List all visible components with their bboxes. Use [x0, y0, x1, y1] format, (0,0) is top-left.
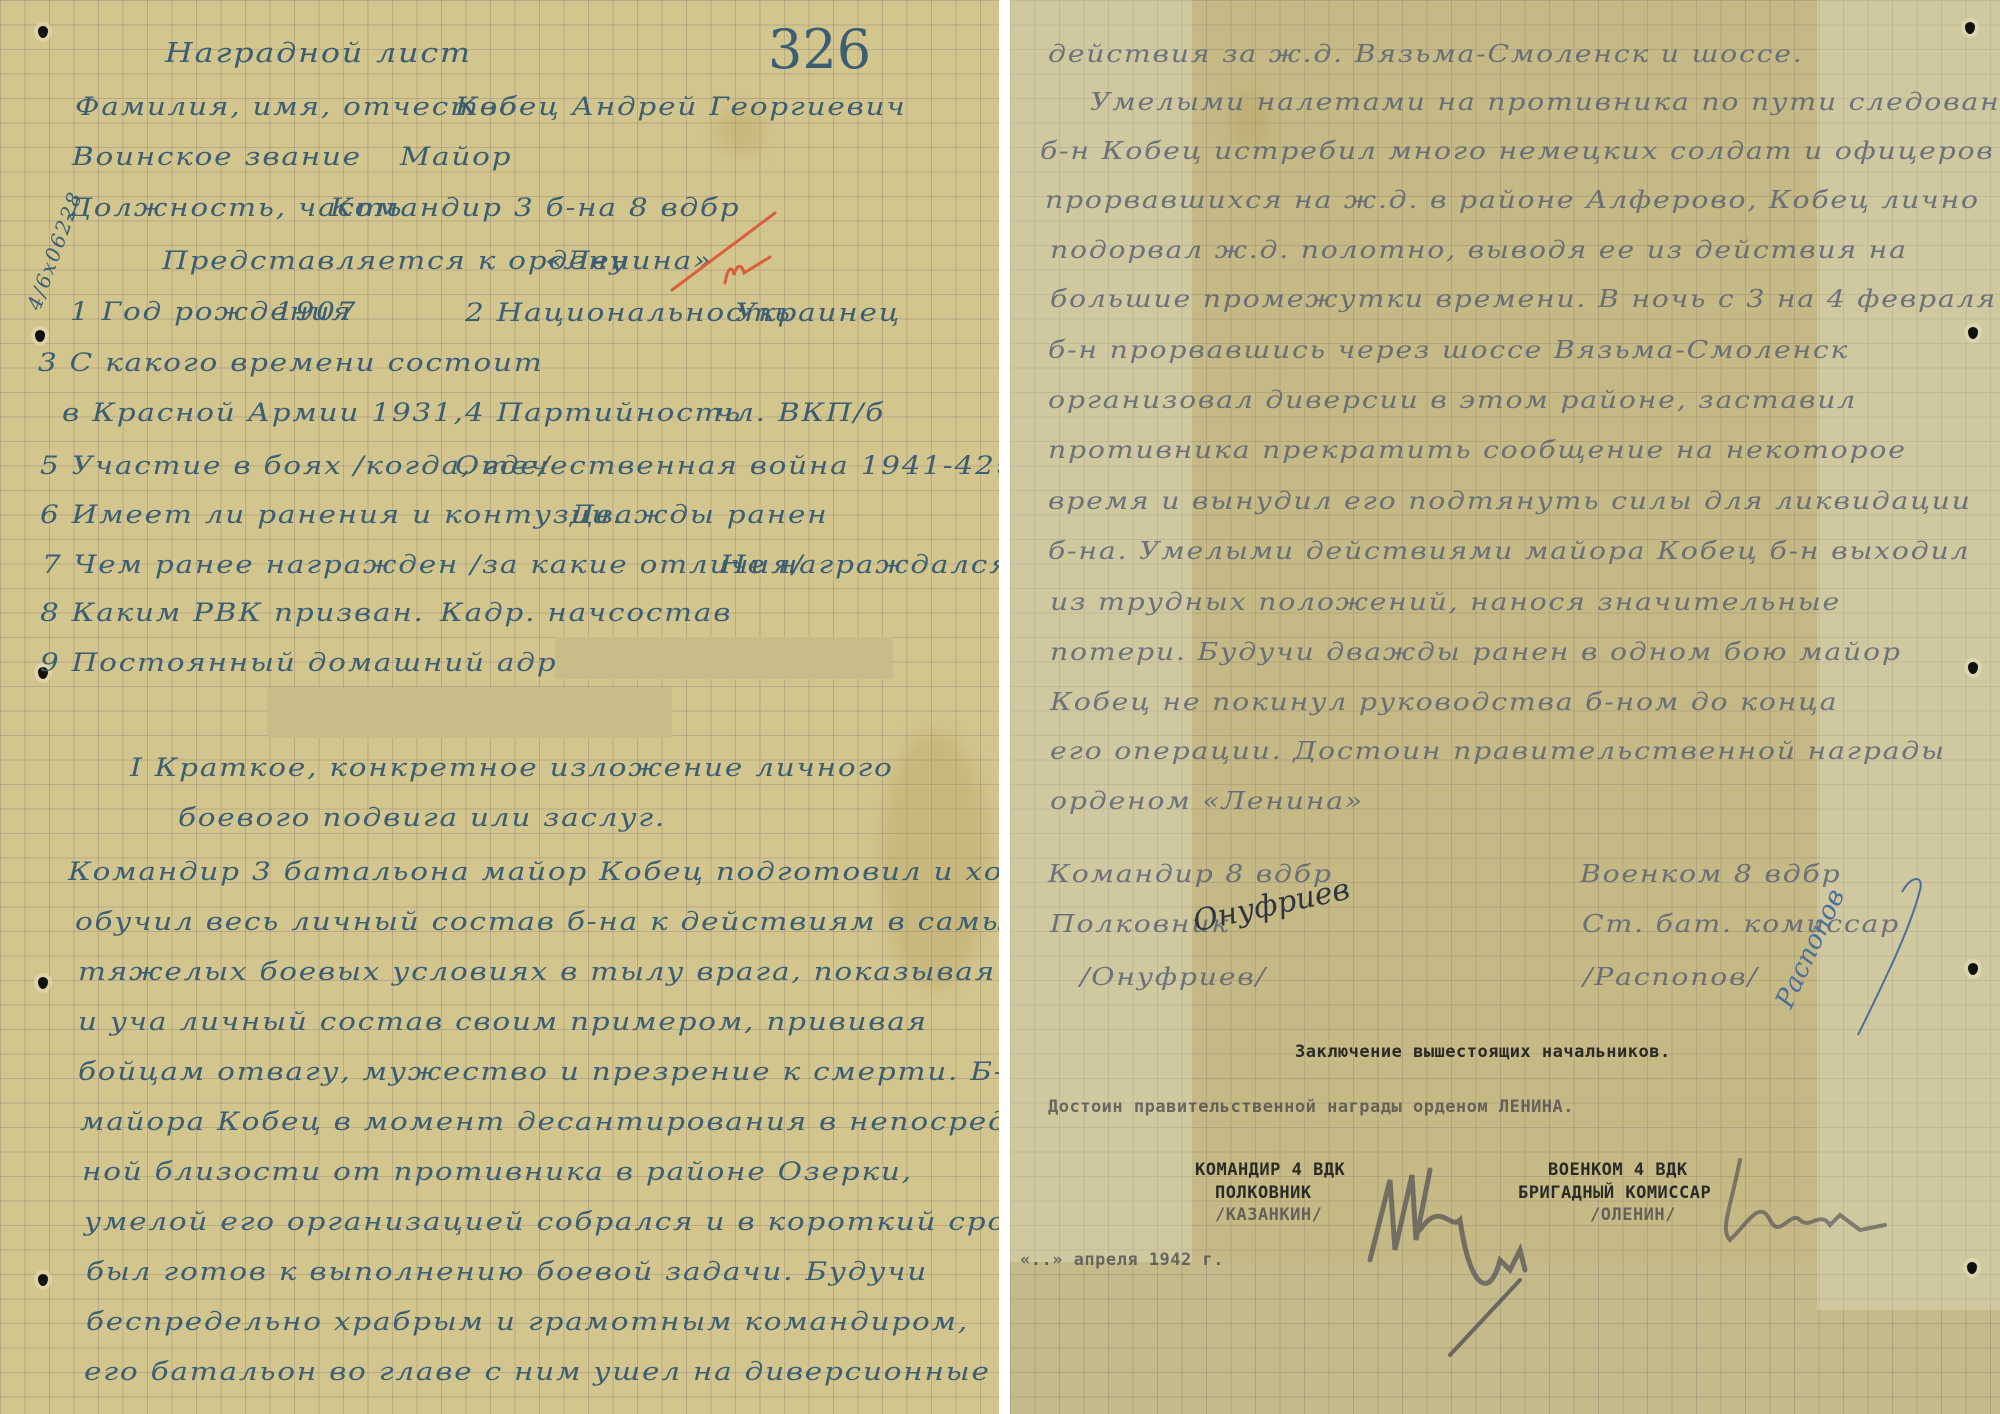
name-value: Кобец Андрей Георгиевич — [455, 92, 906, 121]
body-line: Кобец не покинул руководства б-ном до ко… — [1050, 688, 1838, 716]
signature-flourish-icon — [1850, 870, 1930, 1040]
service-since-label: 3 С какого времени состоит — [38, 348, 544, 377]
party-value: чл. ВКП/б — [715, 398, 885, 427]
body-line: противника прекратить сообщение на некот… — [1048, 436, 1907, 464]
body-line: орденом «Ленина» — [1050, 787, 1364, 815]
redacted-address-box — [267, 687, 672, 738]
wounds-value: Дважды ранен — [570, 500, 828, 529]
section-heading-line-1: I Краткое, конкретное изложение личного — [130, 753, 894, 782]
body-line: действия за ж.д. Вязьма-Смоленск и шоссе… — [1048, 40, 1804, 68]
signer-right-title: Военком 8 вдбр — [1580, 860, 1841, 888]
birth-year-value: 1907 — [275, 297, 357, 326]
body-line: б-н прорвавшись через шоссе Вязьма-Смоле… — [1048, 336, 1849, 364]
body-line: прорвавшихся на ж.д. в районе Алферово, … — [1045, 186, 1980, 214]
body-line: был готов к выполнению боевой задачи. Бу… — [86, 1257, 928, 1286]
commander-line-2: ПОЛКОВНИК — [1215, 1183, 1312, 1203]
typed-conclusion: Достоин правительственной награды ордено… — [1048, 1097, 1574, 1117]
draft-office-value: Кадр. начсостав — [440, 598, 732, 627]
body-line: обучил весь личный состав б-на к действи… — [75, 907, 999, 936]
punch-hole-icon — [38, 26, 48, 38]
section-heading-line-2: боевого подвига или заслуг. — [178, 803, 666, 832]
punch-hole-icon — [38, 1274, 48, 1286]
service-since-value: в Красной Армии 1931, — [62, 398, 465, 427]
body-line: Умелыми налетами на противника по пути с… — [1090, 88, 2000, 116]
signer-right-name: /Распопов/ — [1583, 963, 1759, 991]
punch-hole-icon — [35, 330, 45, 342]
party-label: 4 Партийность — [465, 398, 742, 427]
body-line: бойцам отвагу, мужество и презрение к см… — [78, 1057, 999, 1086]
right-page: действия за ж.д. Вязьма-Смоленск и шоссе… — [1010, 0, 2000, 1414]
body-line: Командир 3 батальона майор Кобец подгото… — [68, 857, 999, 886]
body-line: организовал диверсии в этом районе, заст… — [1048, 386, 1857, 414]
nationality-value: Украинец — [735, 298, 901, 327]
margin-stamp: 4/6х06228 — [22, 187, 87, 313]
redacted-address-box — [555, 637, 893, 679]
commander-name: /КАЗАНКИН/ — [1215, 1205, 1322, 1225]
red-check-mark-icon — [670, 205, 780, 295]
commander-line-1: КОМАНДИР 4 ВДК — [1195, 1160, 1345, 1180]
body-line: большие промежутки времени. В ночь с 3 н… — [1050, 285, 1997, 313]
body-line: б-на. Умелыми действиями майора Кобец б-… — [1048, 537, 1970, 565]
body-line: время и вынудил его подтянуть силы для л… — [1048, 487, 1972, 515]
archive-number: 326 — [768, 18, 871, 81]
rank-value: Майор — [400, 142, 512, 171]
rank-label: Воинское звание — [72, 142, 362, 171]
body-line: ной близости от противника в районе Озер… — [82, 1157, 913, 1186]
wounds-label: 6 Имеет ли ранения и контузии. — [40, 500, 623, 529]
body-line: умелой его организацией собрался и в кор… — [84, 1207, 999, 1236]
punch-hole-icon — [38, 977, 48, 989]
draft-office-label: 8 Каким РВК призван. — [40, 598, 425, 627]
body-line: беспредельно храбрым и грамотным команди… — [86, 1307, 969, 1336]
typed-date: «..» апреля 1942 г. — [1020, 1250, 1224, 1270]
typed-heading: Заключение вышестоящих начальников. — [1295, 1042, 1671, 1062]
body-line: тяжелых боевых условиях в тылу врага, по… — [78, 957, 996, 986]
document-title: Наградной лист — [165, 38, 472, 69]
body-line: и уча личный состав своим примером, прив… — [78, 1007, 928, 1036]
signature-commander-icon — [1350, 1140, 1610, 1360]
prior-awards-value: Не награждался — [720, 550, 999, 579]
prior-awards-label: 7 Чем ранее награжден /за какие отличия/ — [42, 550, 804, 579]
address-label: 9 Постоянный домашний адрес — [40, 648, 595, 677]
name-label: Фамилия, имя, отчество — [75, 92, 518, 121]
body-line: потери. Будучи дважды ранен в одном бою … — [1050, 638, 1902, 666]
body-line: его батальон во главе с ним ушел на диве… — [84, 1357, 991, 1386]
body-line: подорвал ж.д. полотно, выводя ее из дейс… — [1050, 236, 1908, 264]
signer-left-name: /Онуфриев/ — [1080, 963, 1267, 991]
body-line: майора Кобец в момент десантирования в н… — [80, 1107, 999, 1136]
left-page: Наградной лист 326 Фамилия, имя, отчеств… — [0, 0, 999, 1414]
body-line: б-н Кобец истребил много немецких солдат… — [1040, 137, 1995, 165]
signature-commissar-icon — [1710, 1150, 1910, 1280]
body-line: его операции. Достоин правительственной … — [1050, 737, 1946, 765]
battles-value: Отечественная война 1941-42гг — [455, 451, 999, 480]
body-line: из трудных положений, нанося значительны… — [1050, 588, 1841, 616]
